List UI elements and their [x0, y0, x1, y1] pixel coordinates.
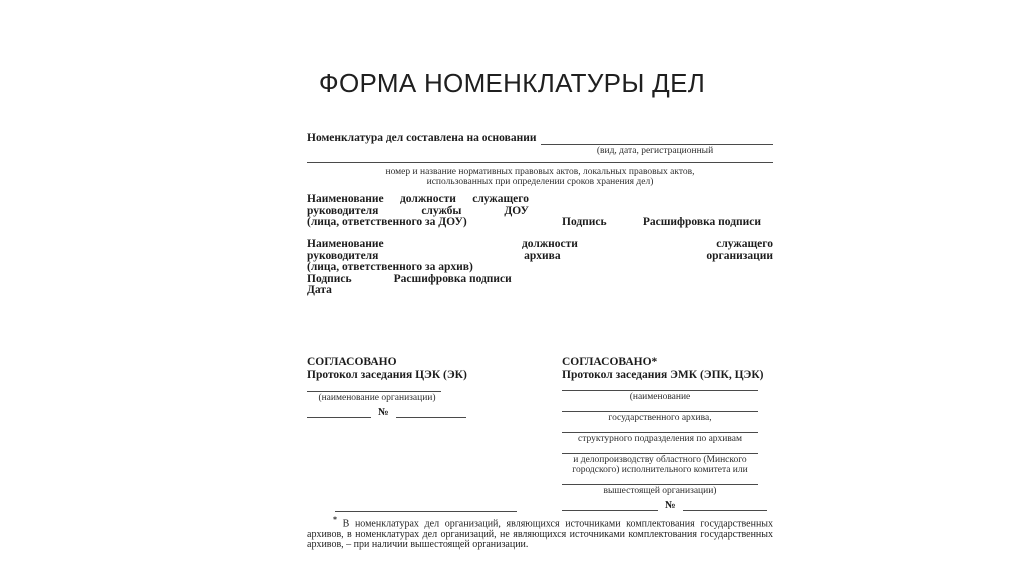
agreed-right-fill-rows: (наименование государственного архива, с… — [562, 385, 773, 496]
archive-holder-note: (лица, ответственного за архив) — [307, 262, 773, 274]
blank-line — [541, 133, 773, 145]
basis-caption-2: номер и название нормативных правовых ак… — [307, 167, 773, 177]
fill-row-caption: структурного подразделения по архивам — [562, 434, 758, 444]
blank-line — [562, 479, 758, 485]
dou-title-row-1: Наименование должности служащего — [307, 194, 529, 206]
basis-section: Номенклатура дел составлена на основании… — [307, 132, 773, 187]
agreed-left-caption: (наименование организации) — [307, 393, 447, 403]
word: архива — [524, 251, 560, 263]
word: организации — [706, 251, 773, 263]
word: Наименование — [307, 239, 384, 251]
blank-line — [562, 406, 758, 412]
agreed-left-column: СОГЛАСОВАНО Протокол заседания ЦЭК (ЭК) … — [307, 356, 472, 418]
word: служащего — [472, 194, 529, 206]
fill-row: государственного архива, — [562, 406, 773, 423]
fill-row-caption: вышестоящей организации) — [562, 486, 758, 496]
dou-signature-row: (лица, ответственного за ДОУ) Подпись Ра… — [307, 217, 773, 229]
agreed-left-subtitle: Протокол заседания ЦЭК (ЭК) — [307, 369, 472, 382]
word: служащего — [716, 239, 773, 251]
presentation-slide: { "slide": { "title": "ФОРМА НОМЕНКЛАТУР… — [0, 0, 1024, 576]
blank-line — [562, 427, 758, 433]
blank-line — [307, 386, 441, 392]
agreed-left-title: СОГЛАСОВАНО — [307, 356, 472, 369]
blank-line — [307, 407, 371, 418]
footnote-marker: * — [333, 515, 337, 524]
fill-row-caption: и делопроизводству областного (Минского … — [562, 455, 758, 475]
fill-row: (наименование — [562, 385, 773, 402]
date-label: Дата — [307, 285, 773, 297]
agreed-left-number-row: № — [307, 407, 472, 418]
word: Наименование — [307, 194, 384, 206]
basis-lead-row: Номенклатура дел составлена на основании — [307, 132, 773, 145]
fill-row: структурного подразделения по архивам — [562, 427, 773, 444]
archive-signature-block: Наименование должности служащего руковод… — [307, 239, 773, 297]
word: должности — [522, 239, 578, 251]
agreed-right-title: СОГЛАСОВАНО* — [562, 356, 773, 369]
blank-line — [562, 448, 758, 454]
archive-title-row-1: Наименование должности служащего — [307, 239, 773, 251]
decryption-label: Расшифровка подписи — [643, 217, 761, 229]
dou-signature-block: Наименование должности служащего руковод… — [307, 194, 773, 229]
footnote-body: В номенклатурах дел организаций, являющи… — [307, 518, 773, 550]
blank-line — [562, 385, 758, 391]
agreed-right-column: СОГЛАСОВАНО* Протокол заседания ЭМК (ЭПК… — [562, 356, 773, 511]
number-sign: № — [378, 407, 389, 418]
agreed-right-subtitle: Протокол заседания ЭМК (ЭПК, ЦЭК) — [562, 369, 773, 382]
footnote-text: * В номенклатурах дел организаций, являю… — [307, 515, 773, 550]
signature-label: Подпись — [562, 217, 607, 229]
archive-signature-row: ПодписьРасшифровка подписи — [307, 274, 773, 286]
blank-line — [307, 157, 773, 163]
word: ДОУ — [504, 206, 529, 218]
basis-caption-1: (вид, дата, регистрационный — [545, 146, 765, 157]
fill-row: вышестоящей организации) — [562, 479, 773, 496]
basis-caption-3: использованных при определении сроков хр… — [307, 177, 773, 187]
footnote-separator — [335, 510, 517, 512]
signature-label: Подпись — [307, 273, 352, 285]
footnote-section: * В номенклатурах дел организаций, являю… — [307, 510, 773, 550]
dou-holder-note: (лица, ответственного за ДОУ) — [307, 216, 467, 228]
decryption-label: Расшифровка подписи — [394, 273, 512, 285]
fill-row-caption: (наименование — [562, 392, 758, 402]
fill-row: и делопроизводству областного (Минского … — [562, 448, 773, 475]
fill-row-caption: государственного архива, — [562, 413, 758, 423]
basis-lead-text: Номенклатура дел составлена на основании — [307, 132, 536, 145]
page-title: ФОРМА НОМЕНКЛАТУРЫ ДЕЛ — [0, 68, 1024, 99]
blank-line — [396, 407, 466, 418]
word: должности — [400, 194, 456, 206]
